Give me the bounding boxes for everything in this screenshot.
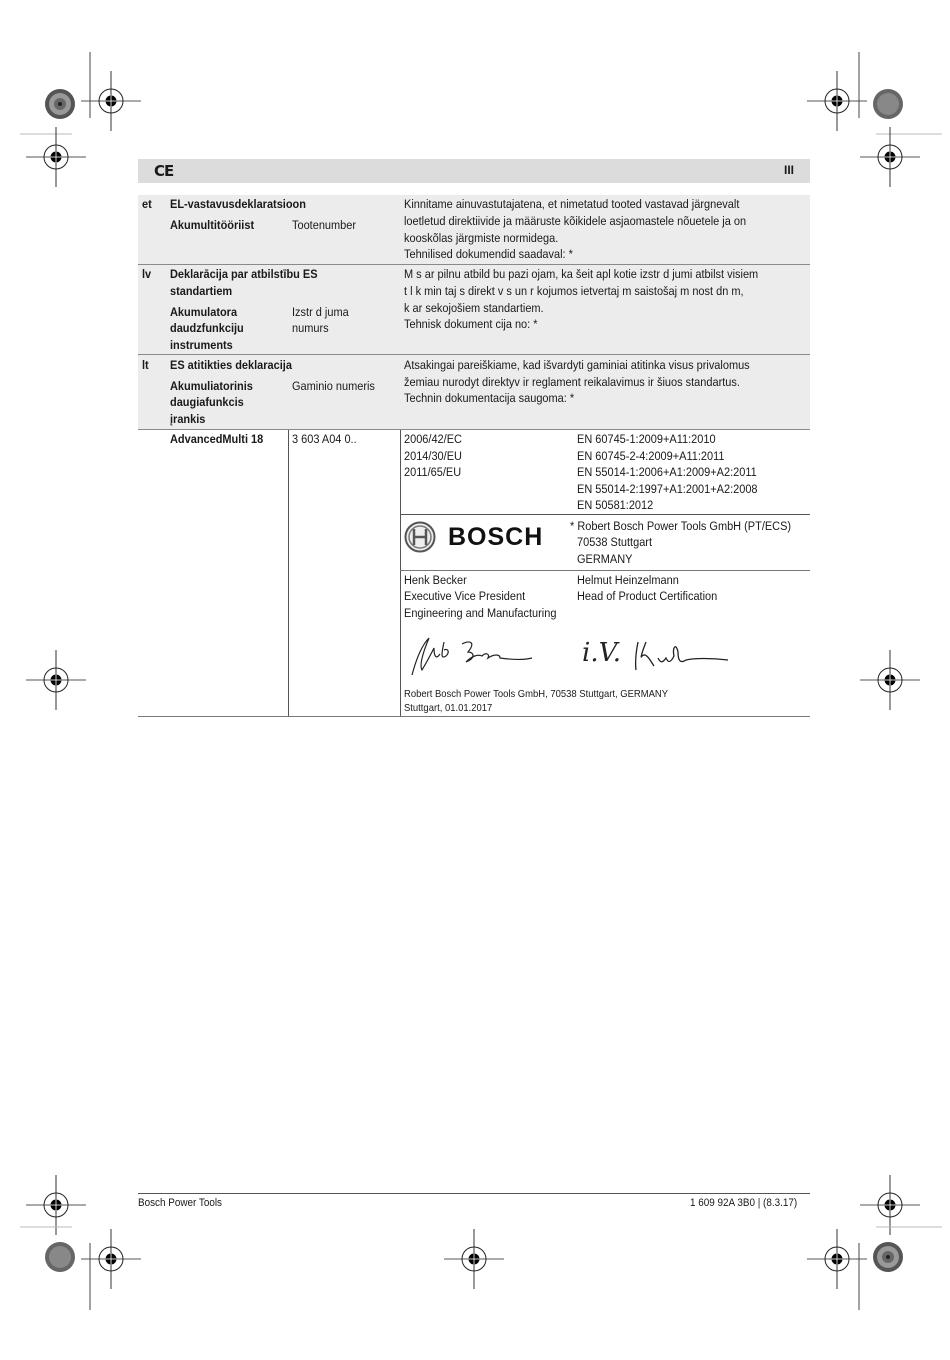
statement-line: M s ar pilnu atbild bu pazi ojam, ka šei… <box>404 266 758 283</box>
table-bottom-rule <box>138 716 810 717</box>
product-name: daudzfunkciju <box>170 320 244 337</box>
signatory-title: Executive Vice President <box>404 588 525 605</box>
standard: EN 55014-1:2006+A1:2009+A2:2011 <box>577 464 757 481</box>
standard: EN 50581:2012 <box>577 497 653 514</box>
signatory-name: Helmut Heinzelmann <box>577 572 679 589</box>
lang-code: et <box>142 196 152 213</box>
directive: 2006/42/EC <box>404 431 462 448</box>
bosch-logo: BOSCH <box>404 521 544 553</box>
column-divider <box>400 430 401 716</box>
product-number: 3 603 A04 0.. <box>292 431 357 448</box>
product-name: instruments <box>170 337 233 354</box>
number-label: Gaminio numeris <box>292 378 375 395</box>
ce-mark-icon: CE <box>154 162 173 180</box>
product-model: AdvancedMulti 18 <box>170 431 263 448</box>
number-label: Tootenumber <box>292 217 356 234</box>
statement-line: k ar sekojošiem standartiem. <box>404 300 544 317</box>
signature-becker <box>404 630 539 680</box>
standard: EN 55014-2:1997+A1:2001+A2:2008 <box>577 481 758 498</box>
statement-line: Kinnitame ainuvastutajatena, et nimetatu… <box>404 196 739 213</box>
section-lv: lv Deklarācija par atbilstību ES standar… <box>138 265 810 355</box>
signatory-title: Engineering and Manufacturing <box>404 605 556 622</box>
company-address: * Robert Bosch Power Tools GmbH (PT/ECS) <box>570 518 791 535</box>
section-title: Deklarācija par atbilstību ES <box>170 266 318 283</box>
standard: EN 60745-2-4:2009+A11:2011 <box>577 448 724 465</box>
product-name: Akumuliatorinis <box>170 378 253 395</box>
statement-line: Tehnilised dokumendid saadaval: * <box>404 246 573 263</box>
statement-line: t l k min taj s direkt v s un r kojumos … <box>404 283 744 300</box>
statement-line: žemiau nurodyt direktyv ir reglament rei… <box>404 374 740 391</box>
company-address: 70538 Stuttgart <box>577 534 652 551</box>
lang-code: lt <box>142 357 149 374</box>
standard: EN 60745-1:2009+A11:2010 <box>577 431 716 448</box>
starburst-icon <box>45 89 75 119</box>
section-title: ES atitikties deklaracija <box>170 357 292 374</box>
statement-line: Technin dokumentacija saugoma: * <box>404 390 574 407</box>
section-et: et EL-vastavusdeklaratsioon Akumultitöör… <box>138 195 810 265</box>
footer-left: Bosch Power Tools <box>138 1197 222 1209</box>
section-title: standartiem <box>170 283 232 300</box>
bosch-wordmark: BOSCH <box>448 523 543 552</box>
section-lt: lt ES atitikties deklaracija Akumuliator… <box>138 355 810 430</box>
product-name: įrankis <box>170 411 205 428</box>
row-divider <box>400 514 810 515</box>
statement-line: Atsakingai pareiškiame, kad išvardyti ga… <box>404 357 750 374</box>
column-divider <box>288 430 289 716</box>
statement-line: Tehnisk dokument cija no: * <box>404 316 538 333</box>
statement-line: kooskõlas järgmiste normidega. <box>404 230 558 247</box>
bosch-armature-icon <box>404 521 436 553</box>
product-name: daugiafunkcis <box>170 394 244 411</box>
directive: 2011/65/EU <box>404 464 461 481</box>
starburst-icon <box>873 1242 903 1272</box>
row-divider <box>400 570 810 571</box>
number-label: Izstr d juma <box>292 304 349 321</box>
signatory-name: Henk Becker <box>404 572 467 589</box>
directive: 2014/30/EU <box>404 448 462 465</box>
signature-prefix: i.V. <box>582 638 621 668</box>
signature-heinzelmann: i.V. <box>582 638 732 678</box>
issue-date: Stuttgart, 01.01.2017 <box>404 701 492 715</box>
page-number: III <box>784 163 794 177</box>
footer-right: 1 609 92A 3B0 | (8.3.17) <box>690 1197 797 1209</box>
section-title: EL-vastavusdeklaratsioon <box>170 196 306 213</box>
footer-rule <box>138 1193 810 1194</box>
company-address: GERMANY <box>577 551 632 568</box>
lang-code: lv <box>142 266 151 283</box>
product-name: Akumultitööriist <box>170 217 254 234</box>
statement-line: loetletud direktiivide ja määruste kõiki… <box>404 213 746 230</box>
signatory-title: Head of Product Certification <box>577 588 717 605</box>
page-header: CE III <box>138 159 810 183</box>
issuer-address: Robert Bosch Power Tools GmbH, 70538 Stu… <box>404 687 668 701</box>
product-name: Akumulatora <box>170 304 237 321</box>
number-label: numurs <box>292 320 329 337</box>
